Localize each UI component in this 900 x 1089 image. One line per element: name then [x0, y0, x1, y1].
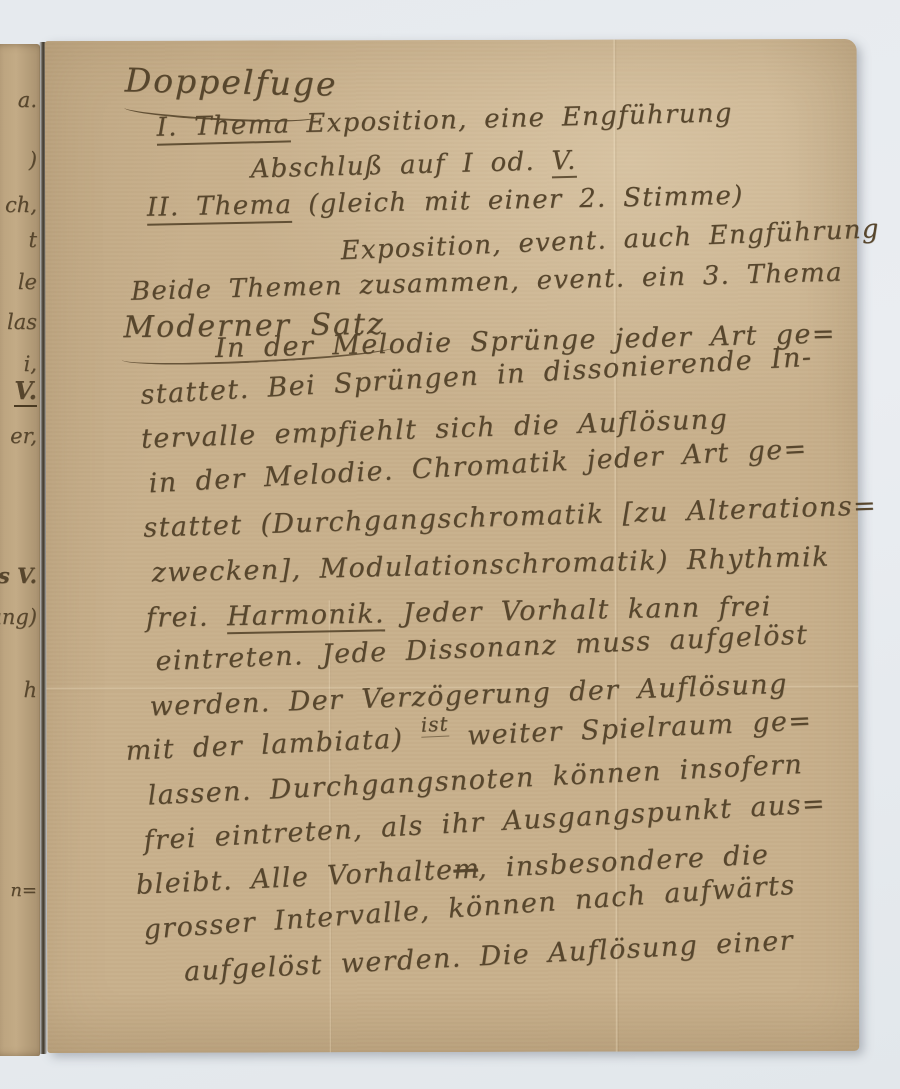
neighbor-text-fragment: er, — [10, 424, 37, 448]
line-text: (gleich mit einer 2. Stimme) — [308, 181, 744, 220]
neighbor-text-fragment: n= — [10, 880, 37, 901]
line-text: frei. — [146, 601, 228, 633]
neighbor-page-edge: a. ) ch, t le las i, V. er, s V. ung) h … — [0, 44, 40, 1056]
neighbor-text-fragment: ung) — [0, 605, 37, 629]
neighbor-text-fragment: s V. — [0, 563, 37, 588]
manuscript-page: Doppelfuge I. ThemaExposition, eine Engf… — [45, 39, 860, 1053]
neighbor-text-fragment: i, — [24, 352, 37, 376]
photo-background: a. ) ch, t le las i, V. er, s V. ung) h … — [0, 0, 900, 1089]
neighbor-text-fragment: h — [23, 678, 37, 702]
underlined-numeral: V. — [551, 146, 577, 179]
line-text: Exposition, eine Engführung — [306, 98, 733, 139]
handwritten-line: Abschluß auf I od. V. — [250, 146, 577, 185]
neighbor-text-fragment: las — [7, 310, 37, 334]
neighbor-text-fragment: V. — [14, 376, 37, 407]
handwritten-line: Beide Themen zusammen, event. ein 3. The… — [131, 258, 844, 307]
thema-label: II. Thema — [147, 190, 293, 226]
scribbled-out-text: m — [453, 854, 479, 886]
underlined-word: Harmonik. — [227, 598, 386, 634]
neighbor-text-fragment: ) — [29, 148, 37, 172]
line-text: Abschluß auf I od. — [250, 146, 552, 184]
handwritten-line: I. ThemaExposition, eine Engführung — [156, 98, 733, 143]
neighbor-text-fragment: t — [29, 228, 37, 252]
paragraph-moderner-satz: In der Melodie Sprünge jeder Art ge= sta… — [141, 333, 889, 1004]
section-heading-doppelfuge: Doppelfuge — [124, 60, 338, 103]
thema-label: I. Thema — [156, 109, 291, 145]
inserted-word: ist — [420, 712, 449, 738]
neighbor-text-fragment: ch, — [5, 193, 37, 217]
neighbor-text-fragment: le — [18, 270, 37, 294]
neighbor-text-fragment: a. — [18, 88, 37, 112]
heading-text: Doppelfuge — [124, 60, 338, 103]
handwritten-line: II. Thema(gleich mit einer 2. Stimme) — [147, 181, 744, 223]
